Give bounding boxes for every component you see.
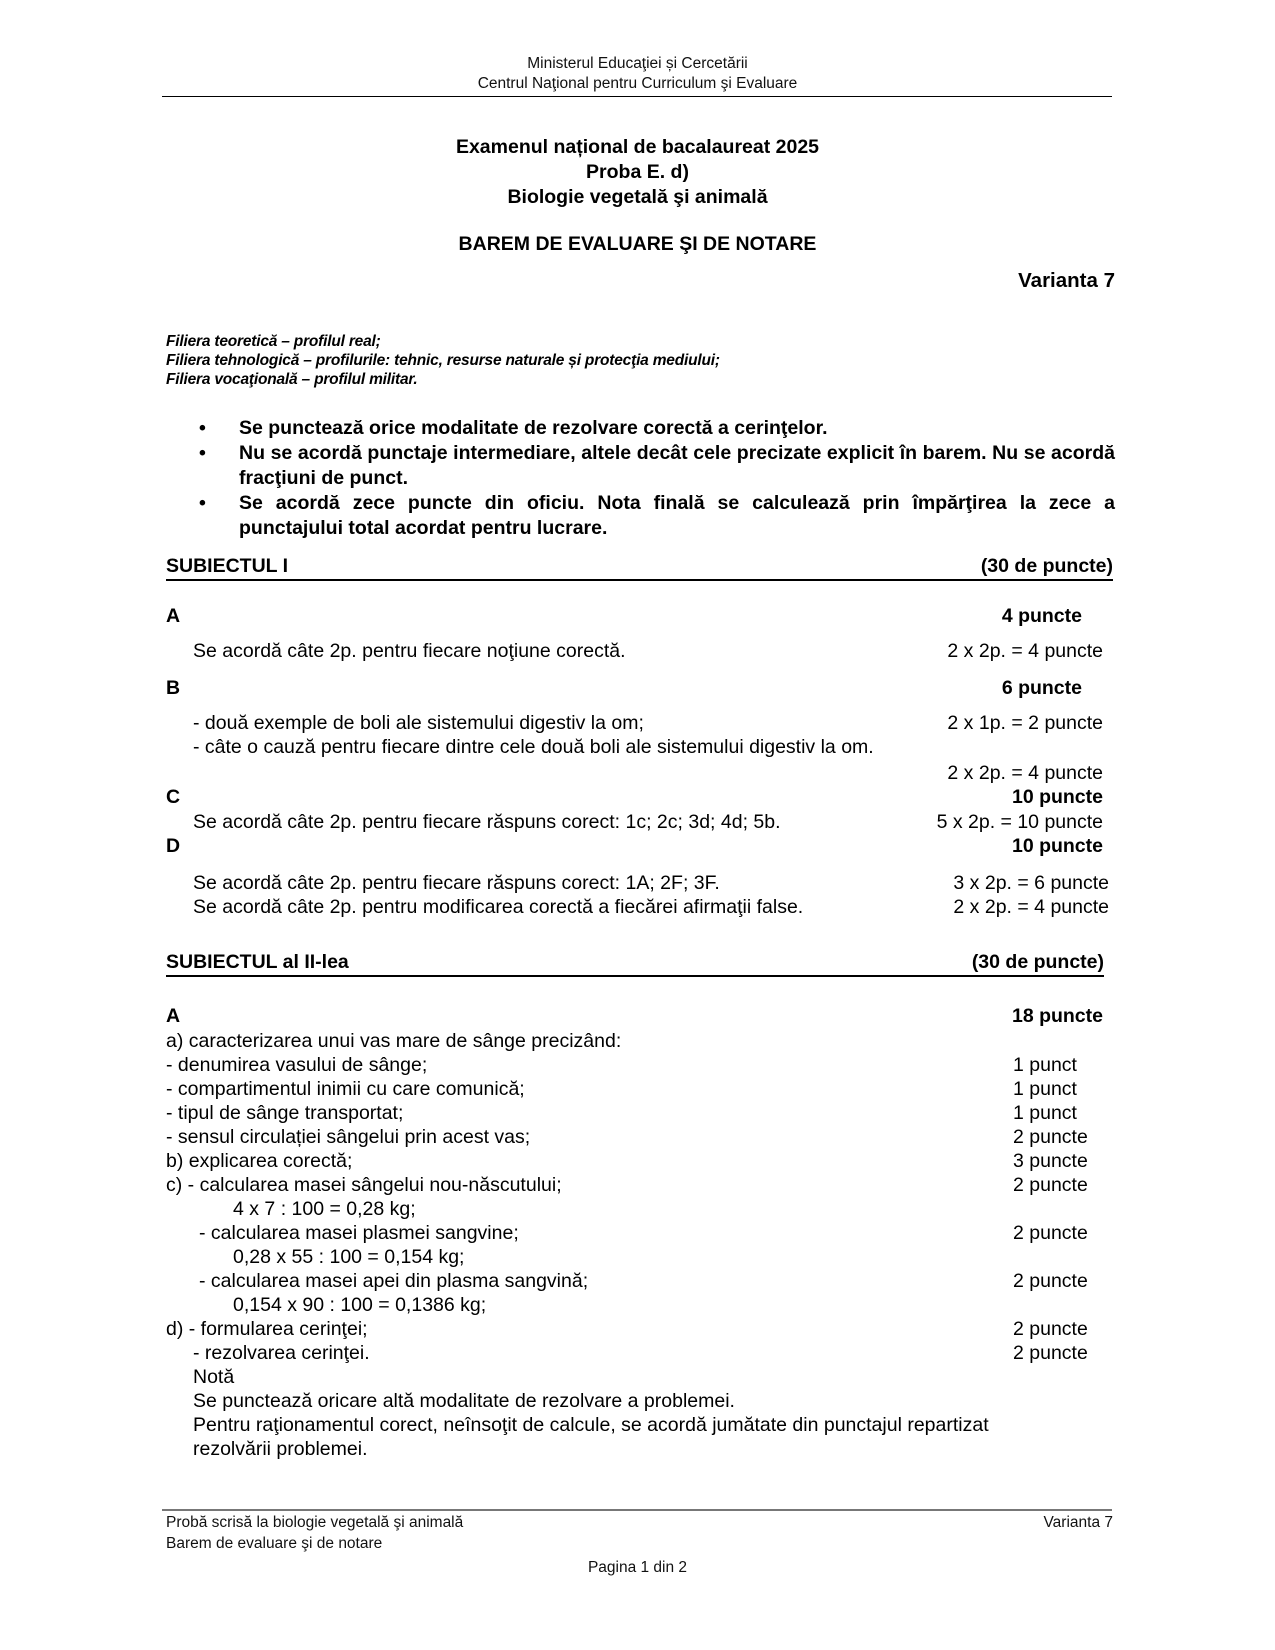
subject-2-a-item-text: - compartimentul inimii cu care comunică… bbox=[166, 1078, 525, 1101]
subject-1-d-line1: Se acordă câte 2p. pentru fiecare răspun… bbox=[193, 872, 720, 895]
variant-label: Varianta 7 bbox=[1018, 269, 1115, 293]
exam-title: Examenul național de bacalaureat 2025 bbox=[0, 136, 1275, 159]
subject-1-heading: SUBIECTUL I (30 de puncte) bbox=[166, 555, 1113, 581]
bullet-icon: • bbox=[195, 416, 239, 441]
subject-1-d-calc2: 2 x 2p. = 4 puncte bbox=[953, 896, 1109, 919]
subject-2-title: SUBIECTUL al II-lea bbox=[166, 951, 349, 974]
instruction-item: • Nu se acordă punctaje intermediare, al… bbox=[195, 441, 1115, 491]
subject-1-a-line: Se acordă câte 2p. pentru fiecare noţiun… bbox=[193, 640, 626, 663]
subject-2-a-item-text: 0,28 x 55 : 100 = 0,154 kg; bbox=[233, 1246, 464, 1269]
subject-2-a-points: 18 puncte bbox=[1012, 1005, 1103, 1028]
subject-1-a-label: A bbox=[166, 605, 180, 628]
subject-2-a-label: A bbox=[166, 1005, 180, 1028]
bullet-icon: • bbox=[195, 491, 239, 541]
subject-2-a-item-text: - rezolvarea cerinţei. bbox=[193, 1342, 370, 1365]
subject-2-points: (30 de puncte) bbox=[972, 951, 1104, 974]
subject-2-a-item-points: 1 punct bbox=[1013, 1102, 1103, 1125]
subject-2-a-item-text: 0,154 x 90 : 100 = 0,1386 kg; bbox=[233, 1294, 486, 1317]
subject-2-a-item-text: - calcularea masei plasmei sangvine; bbox=[199, 1222, 519, 1245]
subject-2-a-item-text: Notă bbox=[193, 1366, 234, 1389]
subject-2-a-item-text: - calcularea masei apei din plasma sangv… bbox=[199, 1270, 588, 1293]
subject-2-a-item-points: 2 puncte bbox=[1013, 1126, 1103, 1149]
subject-2-a-item-points: 2 puncte bbox=[1013, 1342, 1103, 1365]
subject-1-b-calc2: 2 x 2p. = 4 puncte bbox=[947, 762, 1103, 785]
subject-2-a-item-text: Pentru raţionamentul corect, neînsoţit d… bbox=[193, 1414, 989, 1437]
subject-1-c-calc: 5 x 2p. = 10 puncte bbox=[937, 811, 1103, 834]
instructions-list: • Se punctează orice modalitate de rezol… bbox=[195, 416, 1115, 541]
subject-2-a-item-points: 2 puncte bbox=[1013, 1174, 1103, 1197]
subject-2-a-item-points: 1 punct bbox=[1013, 1078, 1103, 1101]
subject-1-title: SUBIECTUL I bbox=[166, 555, 288, 578]
subject-2-a-item-points: 2 puncte bbox=[1013, 1270, 1103, 1293]
filiera-tehnologica: Filiera tehnologică – profilurile: tehni… bbox=[166, 352, 720, 370]
bullet-icon: • bbox=[195, 441, 239, 491]
subject-2-a-item-text: c) - calcularea masei sângelui nou-născu… bbox=[166, 1174, 562, 1197]
subject-1-a-points: 4 puncte bbox=[1002, 605, 1082, 628]
subject-1-c-line: Se acordă câte 2p. pentru fiecare răspun… bbox=[193, 811, 781, 834]
filiera-teoretica: Filiera teoretică – profilul real; bbox=[166, 333, 381, 351]
subject-1-points: (30 de puncte) bbox=[981, 555, 1113, 578]
footer-barem-name: Barem de evaluare şi de notare bbox=[166, 1535, 382, 1553]
subject-2-a-item-text: Se punctează oricare altă modalitate de … bbox=[193, 1390, 735, 1413]
subject-2-a-item-points: 1 punct bbox=[1013, 1054, 1103, 1077]
subject-2-a-item-points: 2 puncte bbox=[1013, 1222, 1103, 1245]
subject-1-d-line2: Se acordă câte 2p. pentru modificarea co… bbox=[193, 896, 803, 919]
subject-1-b-calc1: 2 x 1p. = 2 puncte bbox=[947, 712, 1103, 735]
subject-1-a-calc: 2 x 2p. = 4 puncte bbox=[947, 640, 1103, 663]
footer-exam-name: Probă scrisă la biologie vegetală şi ani… bbox=[166, 1514, 463, 1532]
subject-2-a-item-text: b) explicarea corectă; bbox=[166, 1150, 352, 1173]
filiera-vocationala: Filiera vocaţională – profilul militar. bbox=[166, 371, 417, 389]
subject-2-a-item-points: 2 puncte bbox=[1013, 1318, 1103, 1341]
subject-1-b-points: 6 puncte bbox=[1002, 677, 1082, 700]
header-ministry: Ministerul Educaţiei și Cercetării bbox=[0, 55, 1275, 73]
footer-variant: Varianta 7 bbox=[1043, 1514, 1113, 1532]
subject-2-a-item-text: - denumirea vasului de sânge; bbox=[166, 1054, 427, 1077]
subject-1-b-line1: - două exemple de boli ale sistemului di… bbox=[193, 712, 644, 735]
subject-2-a-item-text: - tipul de sânge transportat; bbox=[166, 1102, 403, 1125]
page-number: Pagina 1 din 2 bbox=[0, 1559, 1275, 1577]
subject-2-a-item-text: 4 x 7 : 100 = 0,28 kg; bbox=[233, 1198, 416, 1221]
exam-proba: Proba E. d) bbox=[0, 161, 1275, 184]
header-center: Centrul Naţional pentru Curriculum şi Ev… bbox=[0, 75, 1275, 93]
subject-1-b-label: B bbox=[166, 677, 180, 700]
subject-1-d-label: D bbox=[166, 835, 180, 858]
subject-2-a-item-text: a) caracterizarea unui vas mare de sânge… bbox=[166, 1030, 621, 1053]
header-rule bbox=[162, 96, 1112, 97]
subject-1-c-points: 10 puncte bbox=[1012, 786, 1103, 809]
subject-1-d-calc1: 3 x 2p. = 6 puncte bbox=[953, 872, 1109, 895]
subject-1-b-line2: - câte o cauză pentru fiecare dintre cel… bbox=[193, 736, 874, 759]
subject-2-a-item-text: d) - formularea cerinţei; bbox=[166, 1318, 368, 1341]
subject-2-heading: SUBIECTUL al II-lea (30 de puncte) bbox=[166, 951, 1104, 977]
subject-2-a-item-text: rezolvării problemei. bbox=[193, 1438, 367, 1461]
subject-2-a-item-points: 3 puncte bbox=[1013, 1150, 1103, 1173]
exam-subject: Biologie vegetală şi animală bbox=[0, 186, 1275, 209]
instruction-item: • Se acordă zece puncte din oficiu. Nota… bbox=[195, 491, 1115, 541]
footer-rule bbox=[162, 1509, 1112, 1511]
instruction-item: • Se punctează orice modalitate de rezol… bbox=[195, 416, 1115, 441]
subject-2-a-item-text: - sensul circulației sângelui prin acest… bbox=[166, 1126, 530, 1149]
subject-1-c-label: C bbox=[166, 786, 180, 809]
barem-title: BAREM DE EVALUARE ŞI DE NOTARE bbox=[0, 233, 1275, 256]
subject-1-d-points: 10 puncte bbox=[1012, 835, 1103, 858]
